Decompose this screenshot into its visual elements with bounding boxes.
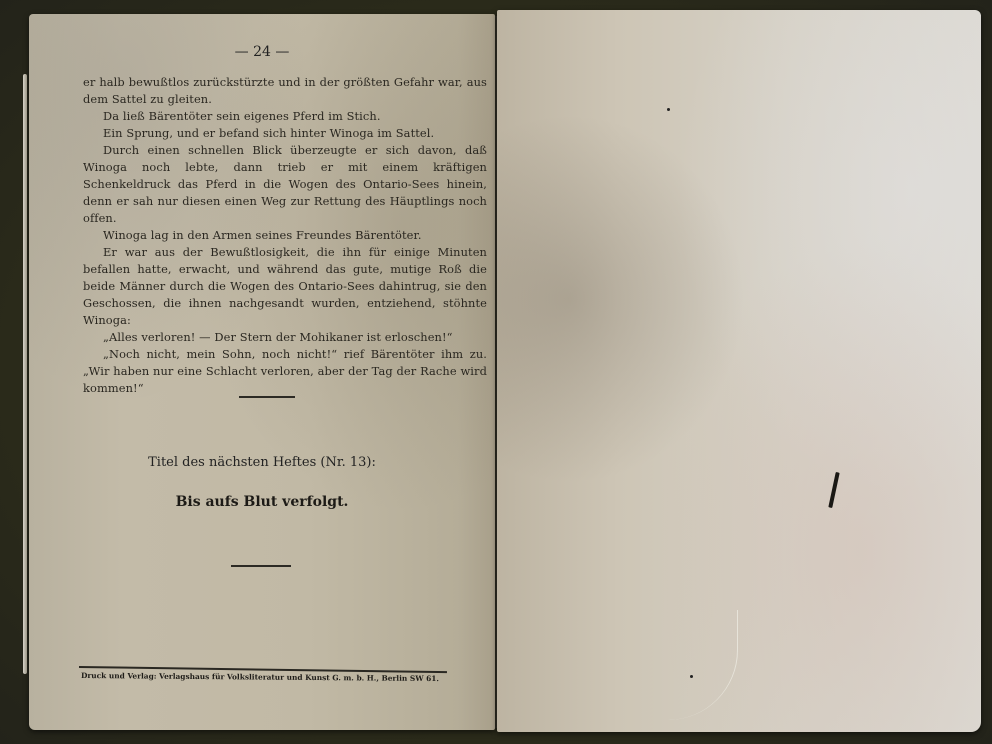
section-divider: [239, 396, 295, 398]
paragraph: „Noch nicht, mein Sohn, noch nicht!“ rie…: [83, 346, 487, 397]
right-page-blank: [497, 10, 981, 732]
paragraph: Er war aus der Bewußtlosigkeit, die ihn …: [83, 244, 487, 329]
story-text: er halb bewußtlos zurückstürzte und in d…: [83, 74, 487, 397]
page-number: — 24 —: [29, 44, 495, 60]
paper-tear: [828, 472, 839, 508]
next-issue-title: Bis aufs Blut verfolgt.: [29, 494, 495, 510]
publisher-imprint: Druck und Verlag: Verlagshaus für Volksl…: [81, 671, 451, 683]
paragraph: Da ließ Bärentöter sein eigenes Pferd im…: [83, 108, 487, 125]
paragraph: „Alles verloren! — Der Stern der Mohikan…: [83, 329, 487, 346]
paragraph: Ein Sprung, und er befand sich hinter Wi…: [83, 125, 487, 142]
paragraph: Winoga lag in den Armen seines Freundes …: [83, 227, 487, 244]
paper-spot: [667, 108, 670, 111]
next-issue-label: Titel des nächsten Heftes (Nr. 13):: [29, 455, 495, 470]
paragraph: Durch einen schnellen Blick überzeugte e…: [83, 142, 487, 227]
paper-crease: [657, 610, 738, 720]
section-divider: [231, 565, 291, 567]
paper-spot: [690, 675, 693, 678]
left-page: — 24 — er halb bewußtlos zurückstürzte u…: [29, 14, 495, 730]
paragraph: er halb bewußtlos zurückstürzte und in d…: [83, 74, 487, 108]
